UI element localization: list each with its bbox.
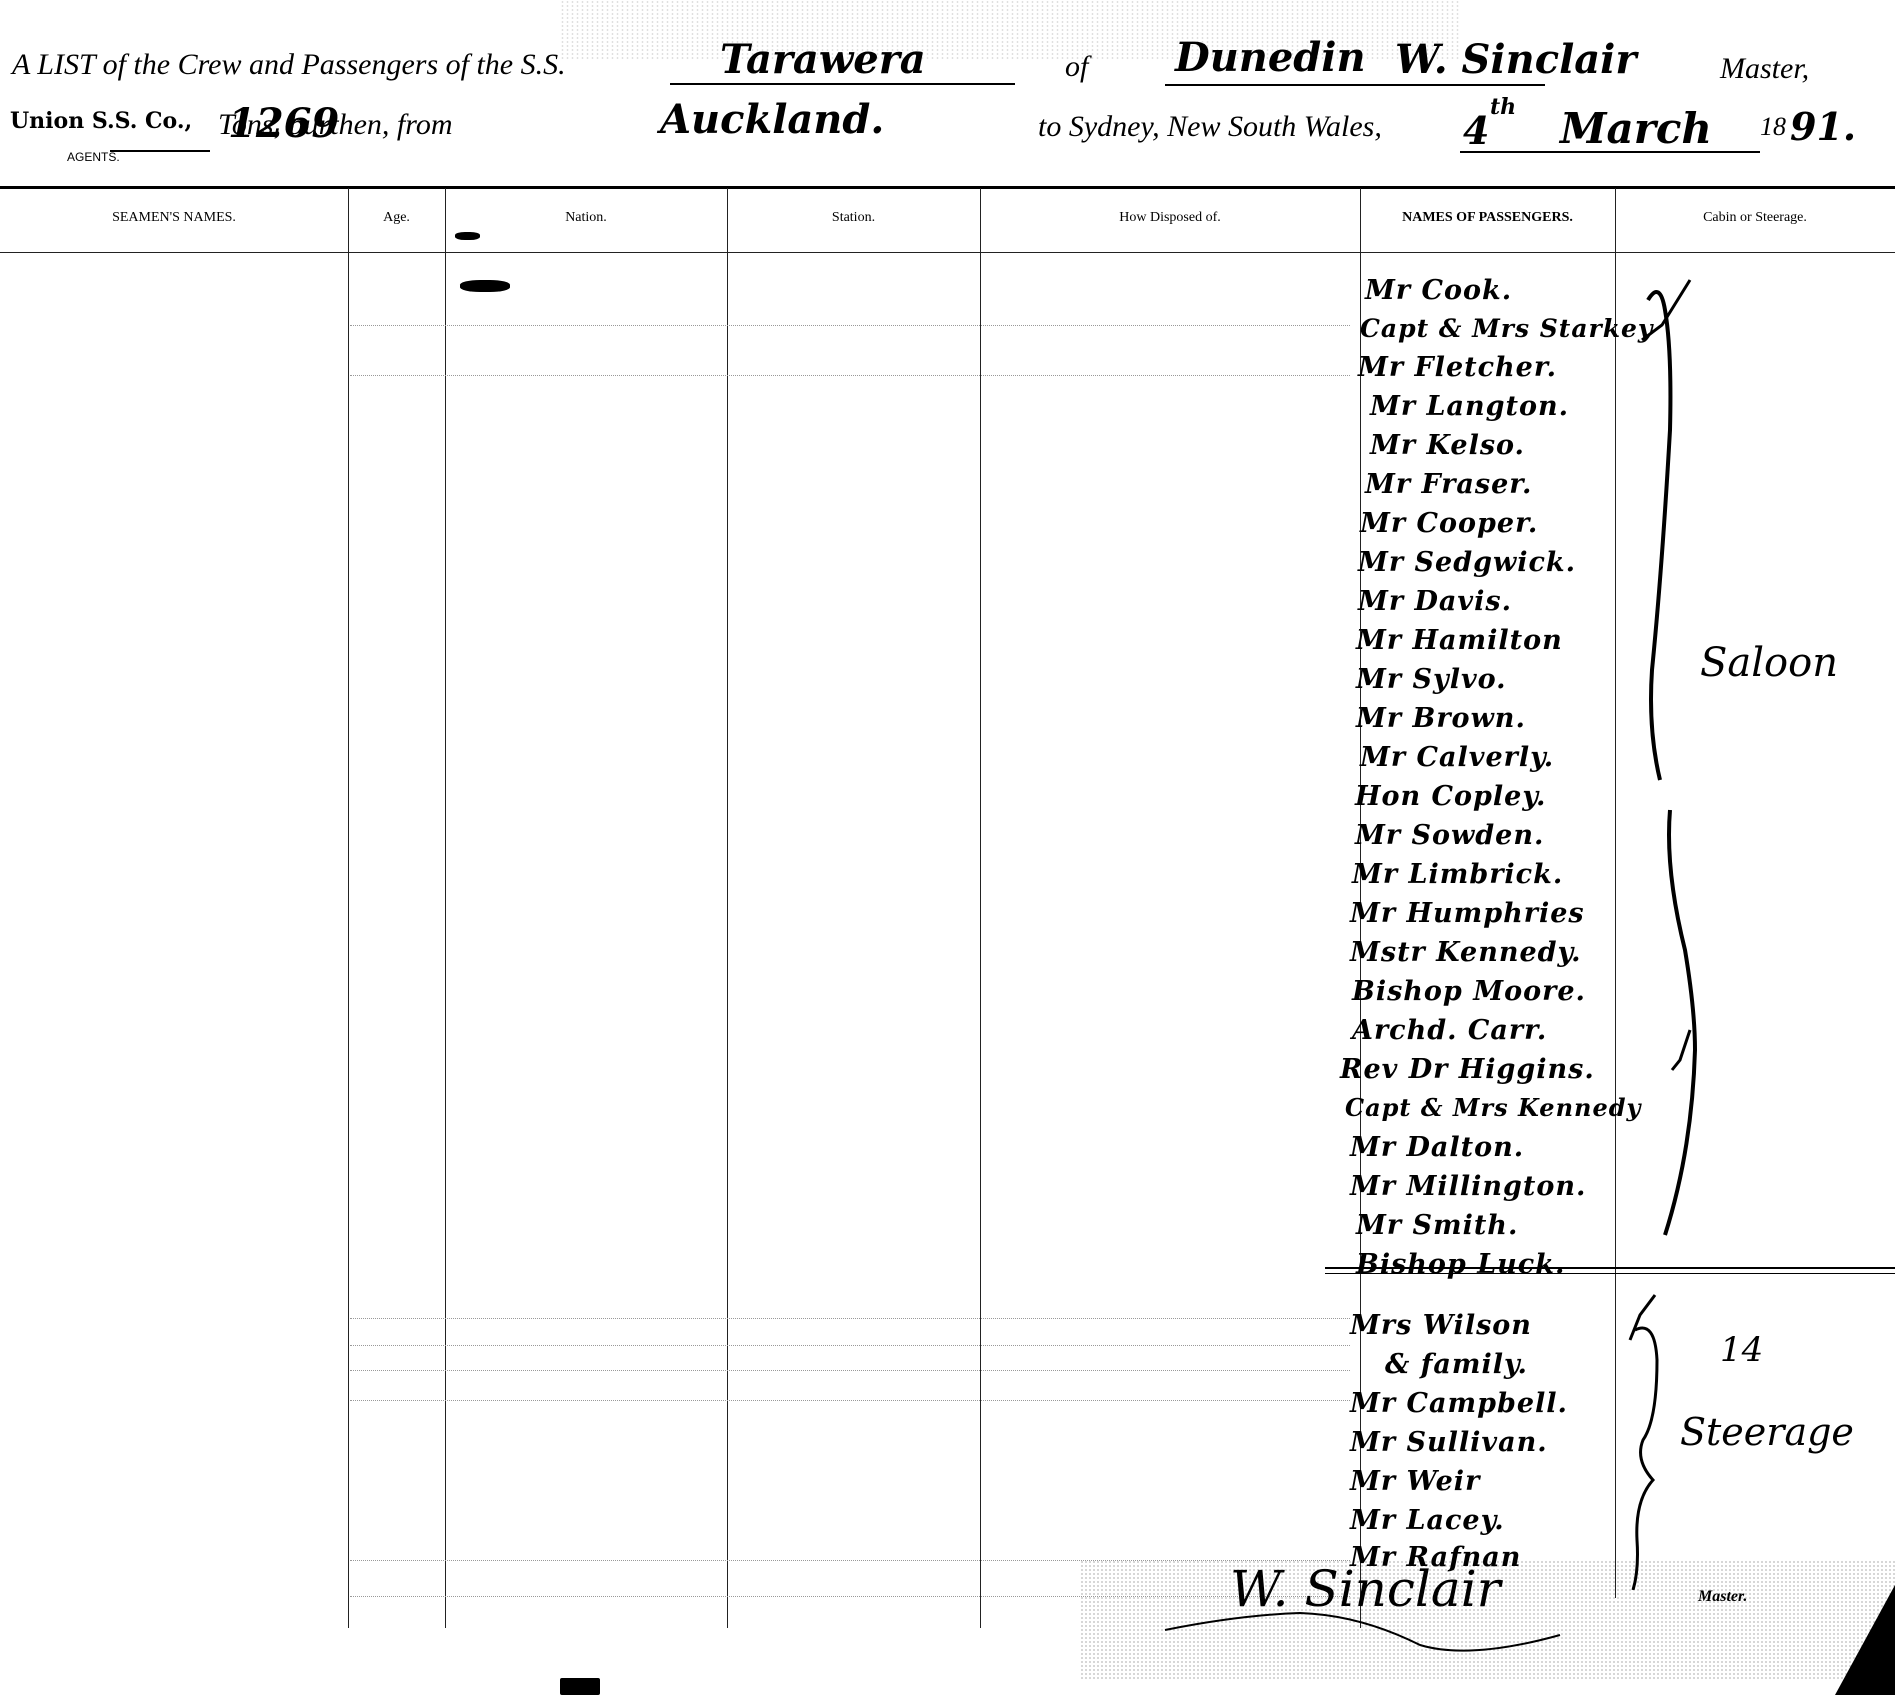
passenger-name: Bishop Moore. [1352,976,1586,1007]
steerage-note: Steerage [1680,1410,1854,1454]
steerage-count: 14 [1720,1330,1763,1370]
agents-company: Union S.S. Co., [10,108,192,134]
table-top-rule [0,186,1895,189]
tons-label: Tons, burthen, from [218,108,453,142]
date-day: 4 [1463,108,1489,153]
saloon-brace-icon [1640,270,1720,1270]
passenger-name: Mr Brown. [1356,703,1526,734]
passenger-name: Capt & Mrs Starkey [1360,314,1653,343]
agents-label: AGENTS. [67,150,120,164]
column-header-station: Station. [727,210,980,226]
ruled-line [350,325,1350,327]
column-header-how-disposed: How Disposed of. [980,210,1360,226]
passenger-name: Capt & Mrs Kennedy [1345,1093,1641,1122]
master-name: W. Sinclair [1395,36,1636,83]
ink-blot [455,232,480,240]
ruled-line [350,1560,1350,1562]
column-divider [445,188,446,1628]
column-divider [727,188,728,1628]
passenger-name: Mr Hamilton [1356,625,1563,656]
passenger-name: Mr Sullivan. [1350,1427,1548,1458]
departure-port: Auckland. [660,96,884,143]
date-year: 91. [1790,104,1856,149]
tonnage-underline [110,150,210,152]
passenger-name: Mr Dalton. [1350,1132,1524,1163]
passenger-name: Mr Langton. [1370,391,1569,422]
port-underline [1165,84,1545,86]
passenger-name: Mstr Kennedy. [1350,937,1582,968]
port-of-registry: Dunedin [1175,34,1366,81]
passenger-name: Mr Sedgwick. [1358,547,1576,578]
passenger-name: Mrs Wilson [1350,1310,1532,1341]
page-corner-shadow [1835,1585,1895,1695]
passenger-name: Mr Calverly. [1360,742,1554,773]
ink-blot [460,280,510,292]
passenger-name: Mr Limbrick. [1352,859,1563,890]
ship-name-underline [670,83,1015,85]
column-divider [980,188,981,1628]
of-label: of [1065,50,1088,84]
passenger-name: Mr Fraser. [1365,469,1532,500]
master-label-footer: Master. [1698,1588,1747,1606]
destination: to Sydney, New South Wales, [1038,110,1382,144]
ruled-line [350,1400,1350,1402]
passenger-name: Bishop Luck. [1356,1249,1565,1280]
passenger-name: Hon Copley. [1355,781,1546,812]
passenger-name: Mr Campbell. [1350,1388,1568,1419]
passenger-name: Mr Davis. [1358,586,1512,617]
signature-flourish-icon [1160,1605,1580,1665]
class-separator-rule [1325,1267,1895,1274]
ruled-line [350,1370,1350,1372]
passenger-name: Mr Smith. [1356,1210,1518,1241]
passenger-name: Mr Fletcher. [1358,352,1557,383]
passenger-name: Mr Sowden. [1355,820,1544,851]
column-divider [348,188,349,1628]
ruled-line [350,375,1350,377]
passenger-name: Mr Humphries [1350,898,1585,929]
steerage-brace-icon [1625,1290,1685,1590]
date-year-prefix: 18 [1760,112,1786,142]
passenger-name: Rev Dr Higgins. [1340,1054,1595,1085]
column-header-nation: Nation. [445,210,727,226]
passenger-name: Mr Cooper. [1360,508,1538,539]
passenger-name: Mr Cook. [1365,275,1512,306]
column-header-cabin-steerage: Cabin or Steerage. [1615,210,1895,226]
passenger-name: Mr Weir [1350,1466,1480,1497]
passenger-name: & family. [1385,1349,1528,1380]
date-underline [1460,151,1760,153]
ruled-line [350,1345,1350,1347]
passenger-name: Mr Lacey. [1350,1505,1505,1536]
ship-name: Tarawera [720,36,926,83]
title-prefix: A LIST of the Crew and Passengers of the… [12,48,566,82]
column-header-passenger-names: NAMES OF PASSENGERS. [1360,210,1615,226]
column-header-age: Age. [348,210,445,226]
ruled-line [350,1318,1350,1320]
ruled-line [350,1596,1350,1598]
table-header-rule [0,252,1895,253]
passenger-name: Mr Sylvo. [1356,664,1507,695]
column-header-seamen-names: SEAMEN'S NAMES. [0,210,348,226]
ink-blot [560,1678,600,1695]
saloon-note: Saloon [1700,640,1838,686]
passenger-name: Archd. Carr. [1352,1015,1547,1046]
passenger-name: Mr Kelso. [1370,430,1525,461]
date-day-suffix: th [1490,94,1516,120]
column-divider [1615,188,1616,1598]
passenger-name: Mr Millington. [1350,1171,1586,1202]
master-label-header: Master, [1720,52,1809,86]
date-month: March [1560,104,1712,153]
